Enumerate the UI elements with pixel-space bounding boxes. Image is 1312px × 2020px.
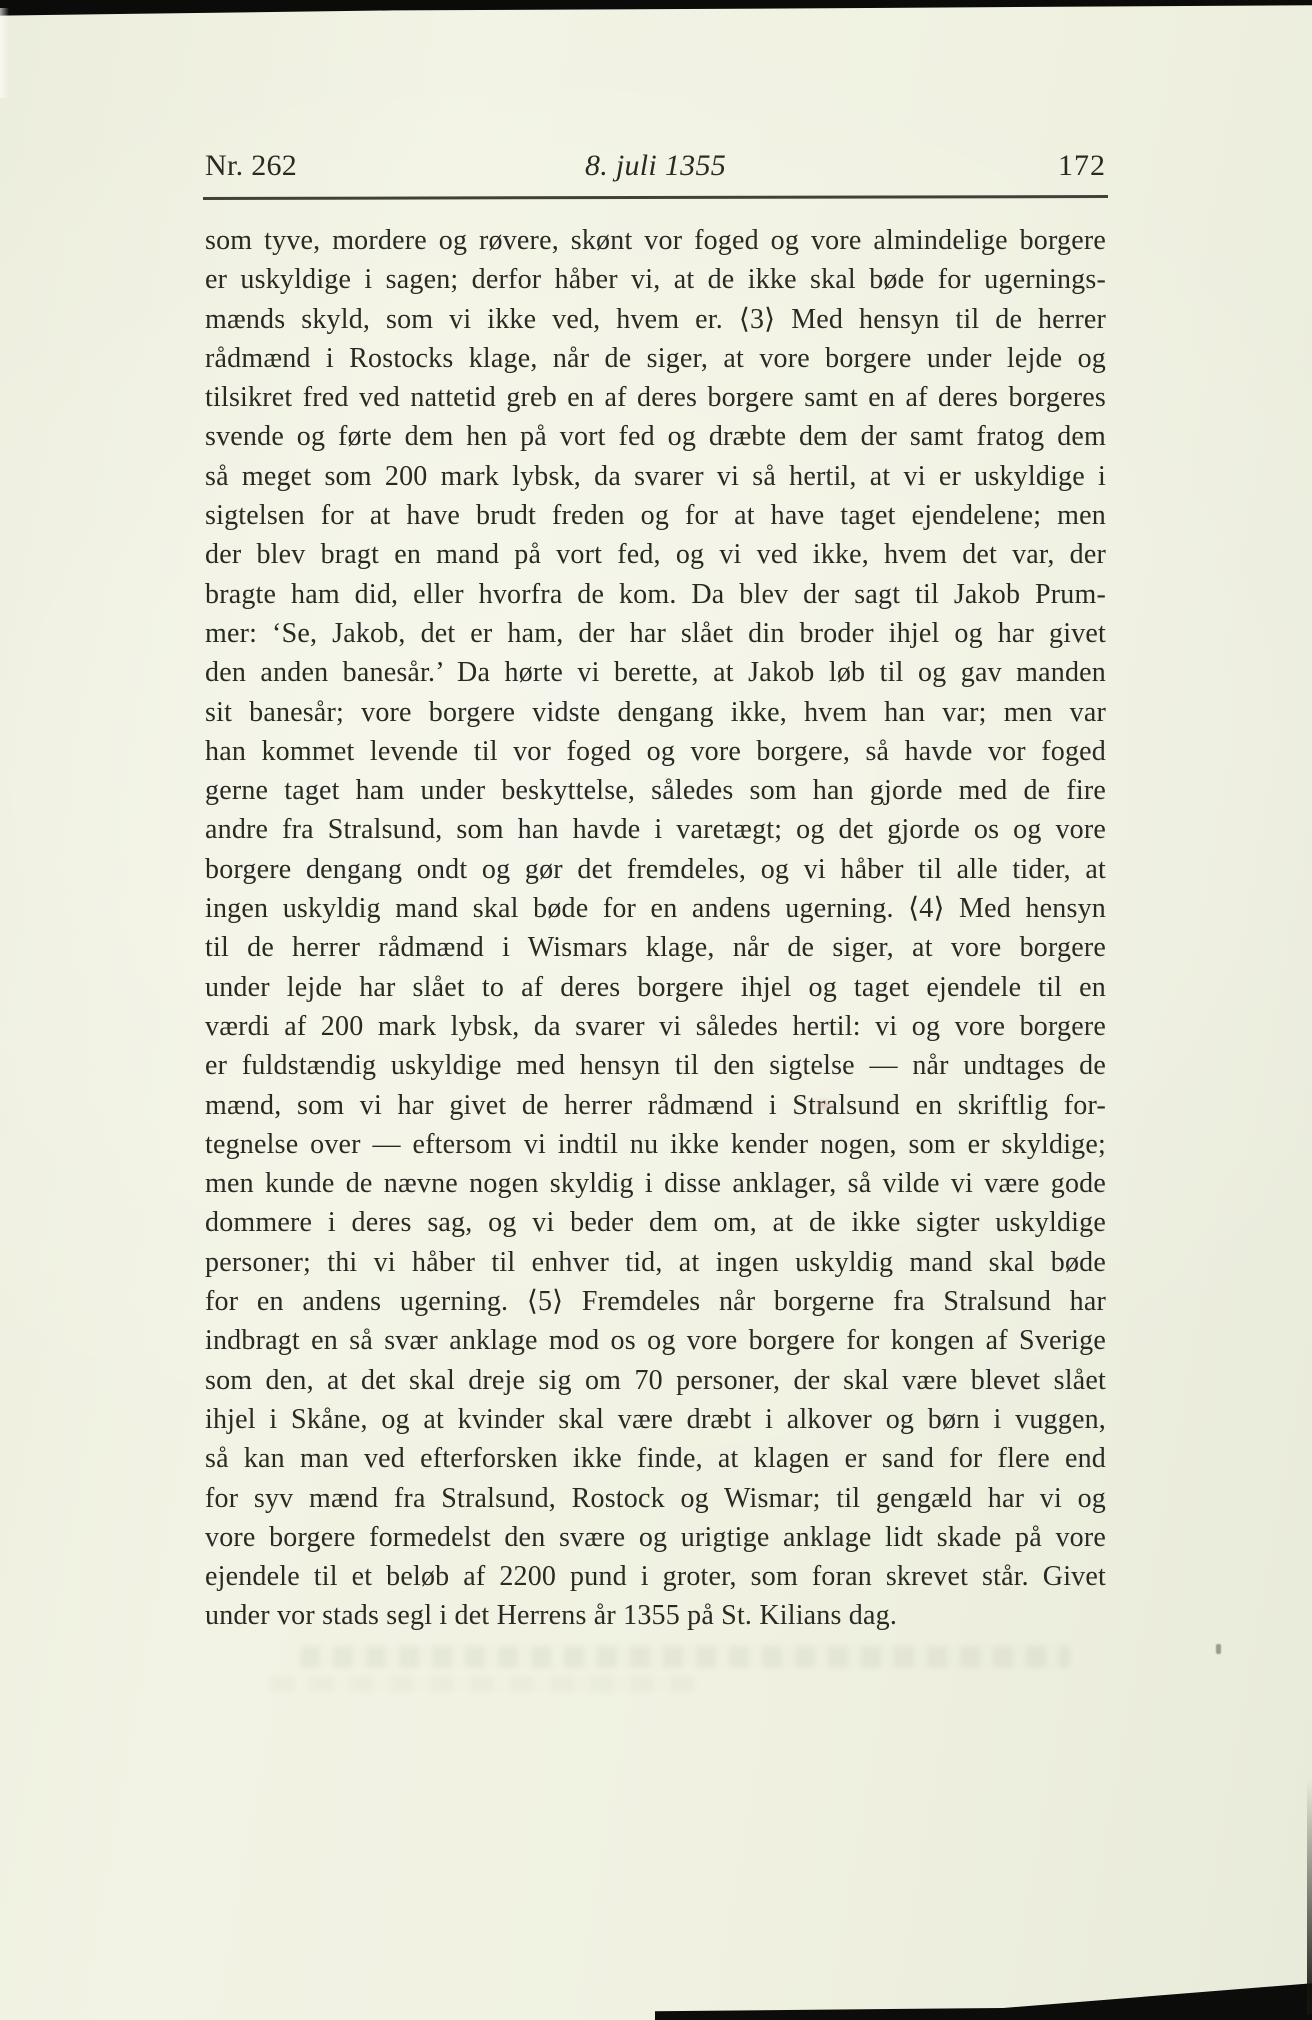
body-line: ingen uskyldig mand skal bøde for en and… [205,889,1106,928]
body-line: personer; thi vi håber til enhver tid, a… [205,1243,1106,1282]
body-line: er uskyldige i sagen; derfor håber vi, a… [205,260,1106,299]
body-line: mænd, som vi har givet de herrer rådmænd… [205,1086,1106,1125]
body-line: som den, at det skal dreje sig om 70 per… [205,1361,1106,1400]
body-line: indbragt en så svær anklage mod os og vo… [205,1321,1106,1360]
document-number: Nr. 262 [205,149,385,183]
bleed-through-text [300,1646,1070,1668]
body-line: for syv mænd fra Stralsund, Rostock og W… [205,1479,1106,1518]
body-line: dommere i deres sag, og vi beder dem om,… [205,1203,1106,1242]
body-line: som tyve, mordere og røvere, skønt vor f… [205,221,1106,260]
body-line: så meget som 200 mark lybsk, da svarer v… [205,457,1106,496]
body-line: vore borgere formedelst den svære og uri… [205,1518,1106,1557]
running-header: Nr. 262 8. juli 1355 172 [205,149,1106,183]
header-rule [203,195,1108,200]
body-line: mænds skyld, som vi ikke ved, hvem er. ⟨… [205,300,1106,339]
body-line: sit banesår; vore borgere vidste dengang… [205,693,1106,732]
body-line: under lejde har slået to af deres borger… [205,968,1106,1007]
scanned-page: Nr. 262 8. juli 1355 172 som tyve, morde… [0,0,1312,2020]
body-line: gerne taget ham under beskyttelse, såled… [205,771,1106,810]
body-line: mer: ‘Se, Jakob, det er ham, der har slå… [205,614,1106,653]
body-line: ejendele til et beløb af 2200 pund i gro… [205,1557,1106,1596]
body-line: svende og førte dem hen på vort fed og d… [205,417,1106,456]
scan-edge-bottom [655,1980,1312,2020]
scan-smudge [816,1100,832,1110]
body-line: så kan man ved efterforsken ikke finde, … [205,1439,1106,1478]
body-line: for en andens ugerning. ⟨5⟩ Fremdeles nå… [205,1282,1106,1321]
body-line: der blev bragt en mand på vort fed, og v… [205,535,1106,574]
body-line: han kommet levende til vor foged og vore… [205,732,1106,771]
body-line: borgere dengang ondt og gør det fremdele… [205,850,1106,889]
body-line: under vor stads segl i det Herrens år 13… [205,1596,1106,1635]
page-number: 172 [926,149,1106,183]
body-line: bragte ham did, eller hvorfra de kom. Da… [205,575,1106,614]
scan-edge-top [0,0,1312,20]
body-line: tilsikret fred ved nattetid greb en af d… [205,378,1106,417]
bleed-through-text [270,1676,700,1692]
body-line: er fuldstændig uskyldige med hensyn til … [205,1046,1106,1085]
body-line: men kunde de nævne nogen skyldig i disse… [205,1164,1106,1203]
scan-edge-right [1307,1779,1312,2014]
body-line: den anden banesår.’ Da hørte vi berette,… [205,653,1106,692]
document-body: som tyve, mordere og røvere, skønt vor f… [205,221,1106,1636]
body-line: værdi af 200 mark lybsk, da svarer vi så… [205,1007,1106,1046]
scan-speck [1216,1644,1221,1654]
body-line: tegnelse over — eftersom vi indtil nu ik… [205,1125,1106,1164]
body-line: rådmænd i Rostocks klage, når de siger, … [205,339,1106,378]
scan-edge-left-highlight [0,8,9,98]
body-line: ihjel i Skåne, og at kvinder skal være d… [205,1400,1106,1439]
body-line: til de herrer rådmænd i Wismars klage, n… [205,928,1106,967]
body-line: sigtelsen for at have brudt freden og fo… [205,496,1106,535]
body-line: andre fra Stralsund, som han havde i var… [205,810,1106,849]
document-date: 8. juli 1355 [385,149,926,183]
